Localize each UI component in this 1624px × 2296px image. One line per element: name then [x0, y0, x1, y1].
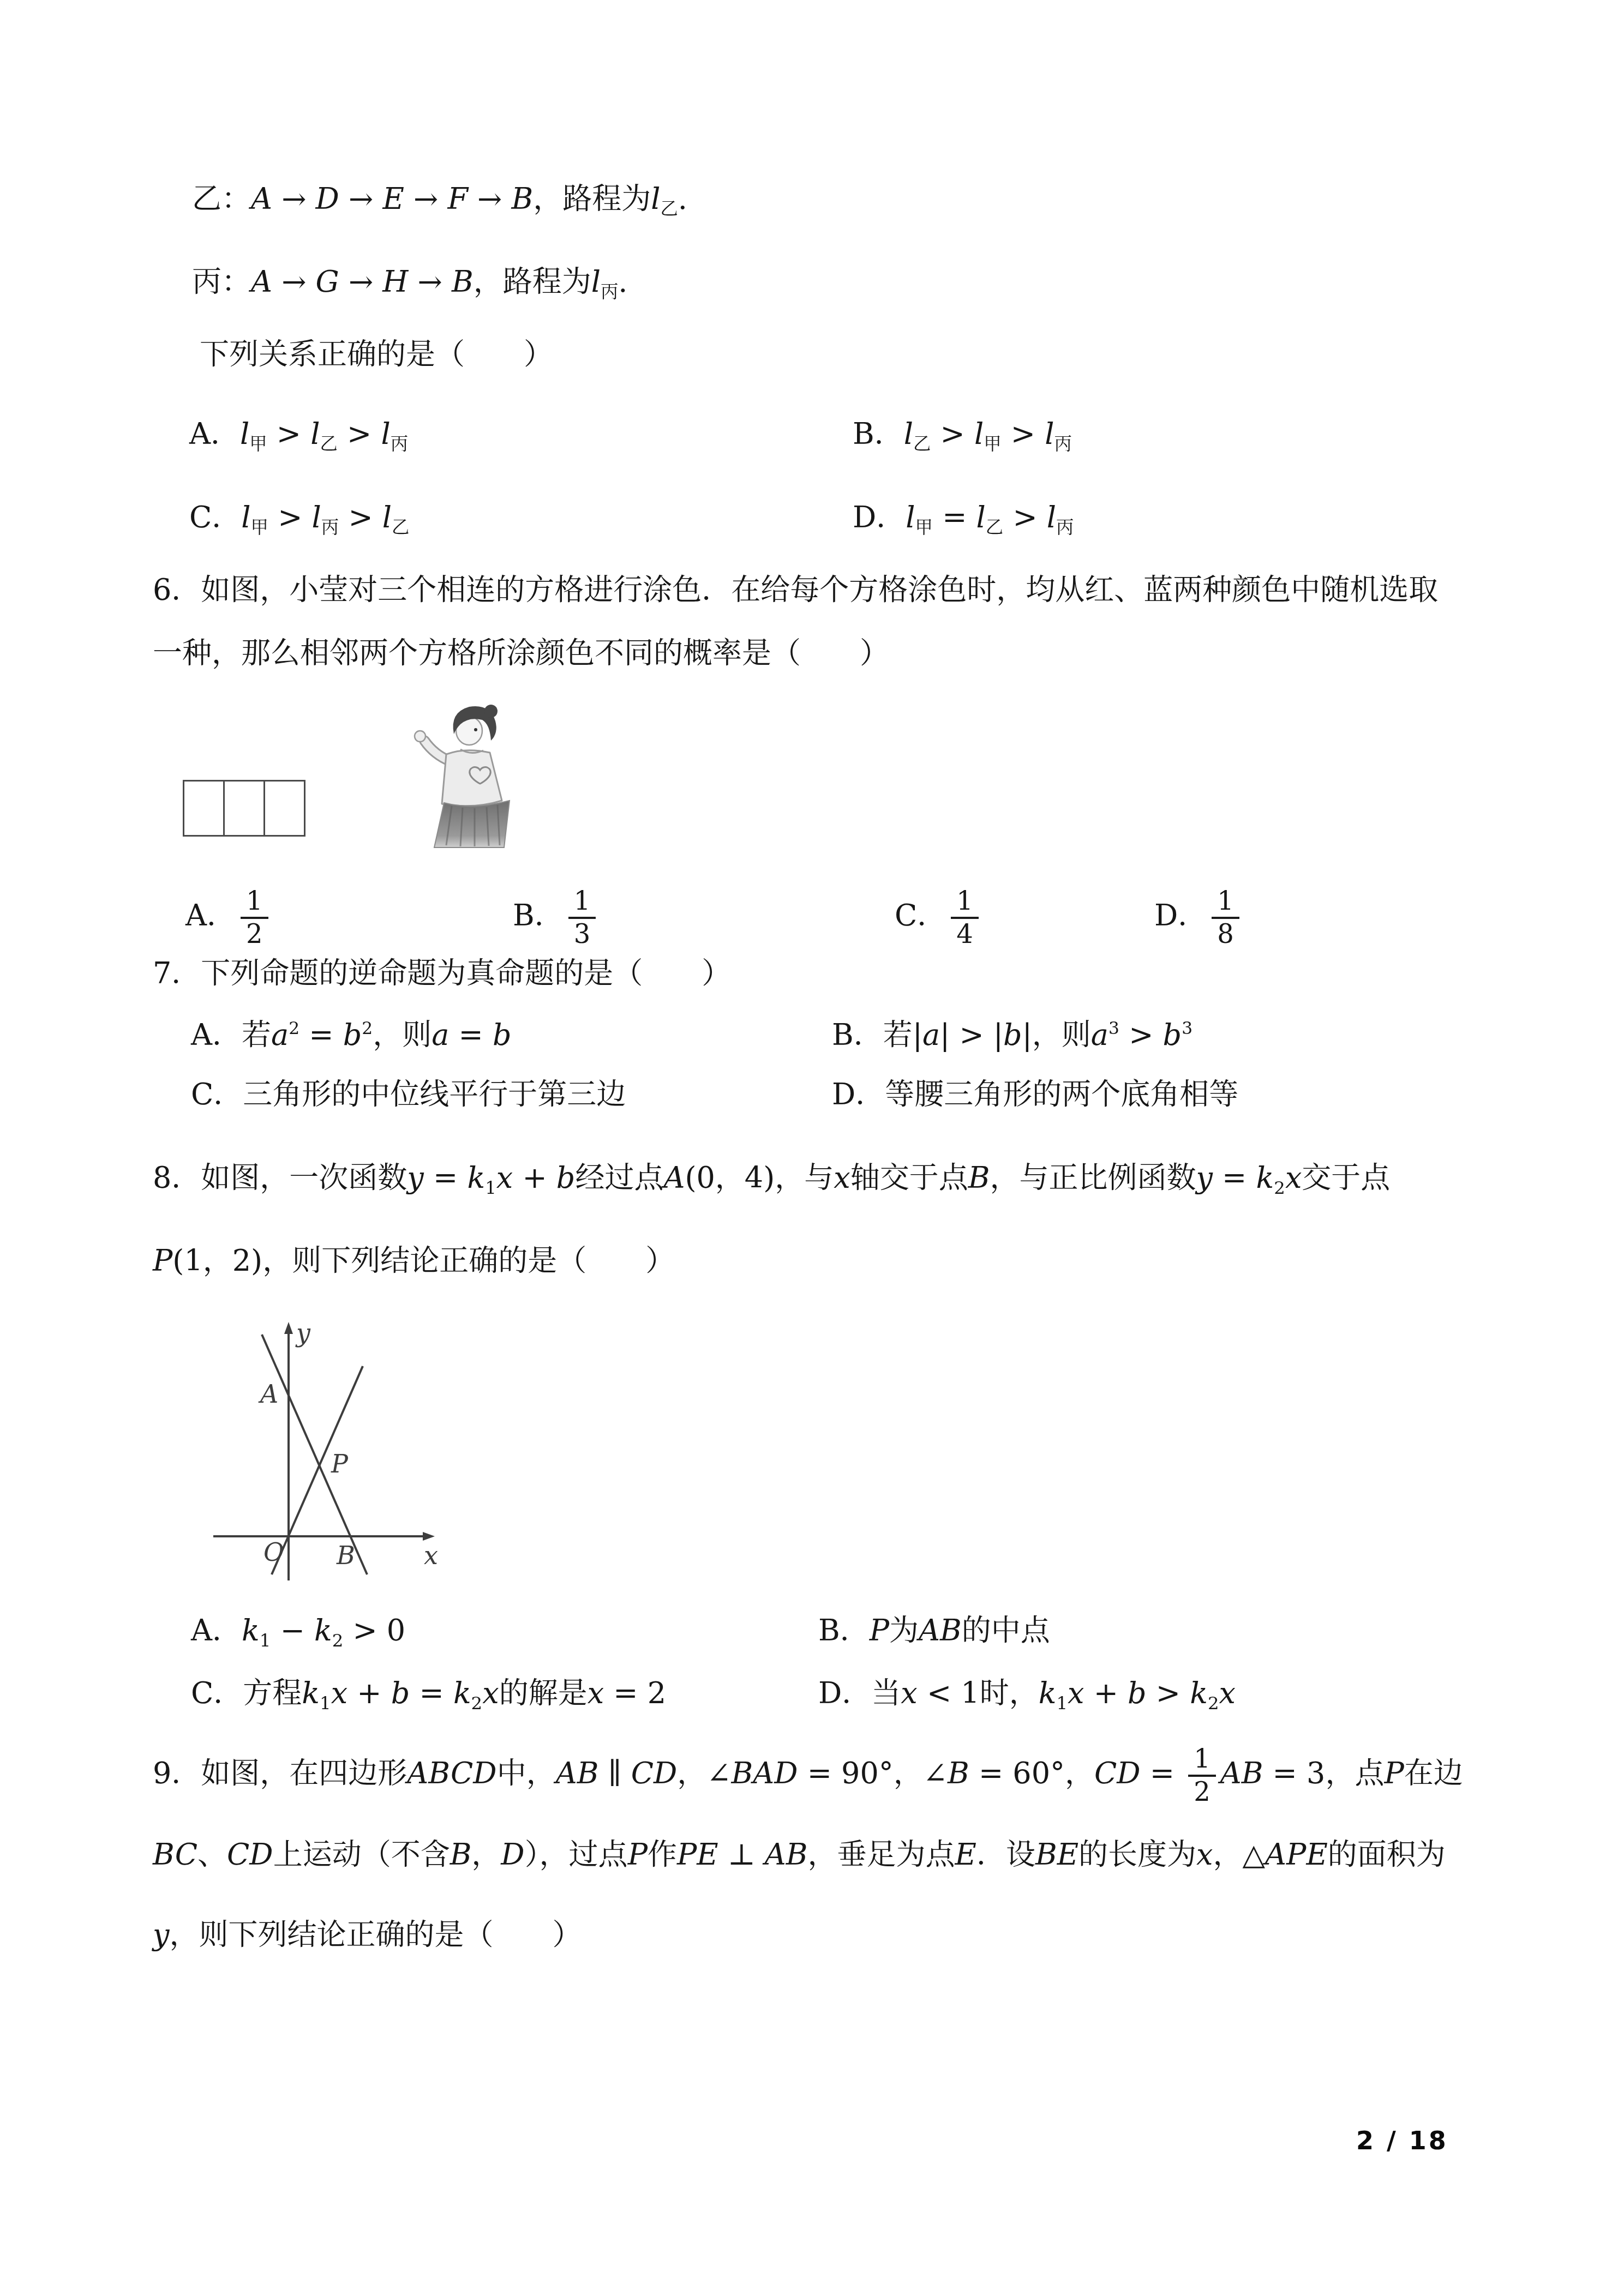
page-number: 2 / 18	[1356, 2126, 1448, 2155]
point-p-label: P	[331, 1449, 349, 1478]
fraction: 12	[1188, 1745, 1216, 1806]
linear-functions-graph: y x O A P B	[210, 1309, 439, 1582]
q6-option-c: C．14	[895, 887, 983, 948]
q9-statement-line-1: 9．如图，在四边形ABCD中，AB ∥ CD，∠BAD = 90°，∠B = 6…	[153, 1745, 1463, 1806]
point-b-label: B	[336, 1541, 355, 1570]
girl-illustration	[408, 702, 524, 851]
q9-statement-line-3: y，则下列结论正确的是（ ）	[153, 1920, 582, 1950]
q7-statement-line: 7．下列命题的逆命题为真命题的是（ ）	[153, 959, 731, 988]
origin-label: O	[263, 1537, 284, 1567]
q5-option-d: D．l甲 = l乙 > l丙	[853, 503, 1074, 537]
q5-option-a: A．l甲 > l乙 > l丙	[189, 419, 408, 453]
grid-cell	[225, 782, 265, 835]
q8-option-c: C．方程k1x + b = k2x的解是x = 2	[191, 1679, 666, 1712]
q6-option-b: B．13	[513, 887, 600, 948]
fraction: 14	[951, 887, 979, 948]
q6-option-a: A．12	[185, 887, 273, 948]
q6-statement-line-2: 一种，那么相邻两个方格所涂颜色不同的概率是（ ）	[153, 639, 889, 668]
q6-option-d: D．18	[1154, 887, 1244, 948]
fraction: 18	[1212, 887, 1239, 948]
q7-option-a: A．若a2 = b2，则a = b	[191, 1020, 512, 1050]
q5-route-yi-line: 乙：A → D → E → F → B，路程为l乙.	[192, 184, 687, 218]
three-squares-figure	[183, 780, 305, 837]
grid-cell	[265, 782, 304, 835]
exam-page: 乙：A → D → E → F → B，路程为l乙. 丙：A → G → H →…	[0, 0, 1624, 2296]
x-axis-label: x	[424, 1541, 438, 1570]
grid-cell	[184, 782, 225, 835]
q9-statement-line-2: BC、CD上运动（不含B，D），过点P作PE ⊥ AB，垂足为点E．设BE的长度…	[153, 1840, 1446, 1870]
q8-option-b: B．P为AB的中点	[818, 1616, 1050, 1645]
q5-option-c: C．l甲 > l丙 > l乙	[189, 503, 410, 537]
q5-prompt-line: 下列关系正确的是（ ）	[200, 340, 553, 369]
q5-option-b: B．l乙 > l甲 > l丙	[853, 419, 1072, 453]
fraction: 12	[241, 887, 268, 948]
q7-option-c: C．三角形的中位线平行于第三边	[191, 1080, 626, 1109]
q5-route-bing-line: 丙：A → G → H → B，路程为l丙.	[192, 267, 627, 301]
y-axis-label: y	[295, 1318, 311, 1348]
point-a-label: A	[258, 1379, 278, 1409]
q7-option-d: D．等腰三角形的两个底角相等	[832, 1080, 1238, 1109]
fraction: 13	[568, 887, 596, 948]
q8-option-a: A．k1 − k2 > 0	[191, 1616, 405, 1650]
q7-option-b: B．若|a| > |b|，则a3 > b3	[832, 1020, 1192, 1050]
q8-option-d: D．当x < 1时，k1x + b > k2x	[818, 1679, 1236, 1712]
q6-statement-line-1: 6．如图，小莹对三个相连的方格进行涂色．在给每个方格涂色时，均从红、蓝两种颜色中…	[153, 575, 1438, 605]
q8-statement-line-1: 8．如图，一次函数y = k1x + b经过点A(0，4)，与x轴交于点B，与正…	[153, 1163, 1390, 1197]
x-axis-arrow-icon	[423, 1532, 435, 1541]
y-axis-arrow-icon	[284, 1322, 293, 1334]
q8-statement-line-2: P(1，2)，则下列结论正确的是（ ）	[153, 1246, 675, 1276]
